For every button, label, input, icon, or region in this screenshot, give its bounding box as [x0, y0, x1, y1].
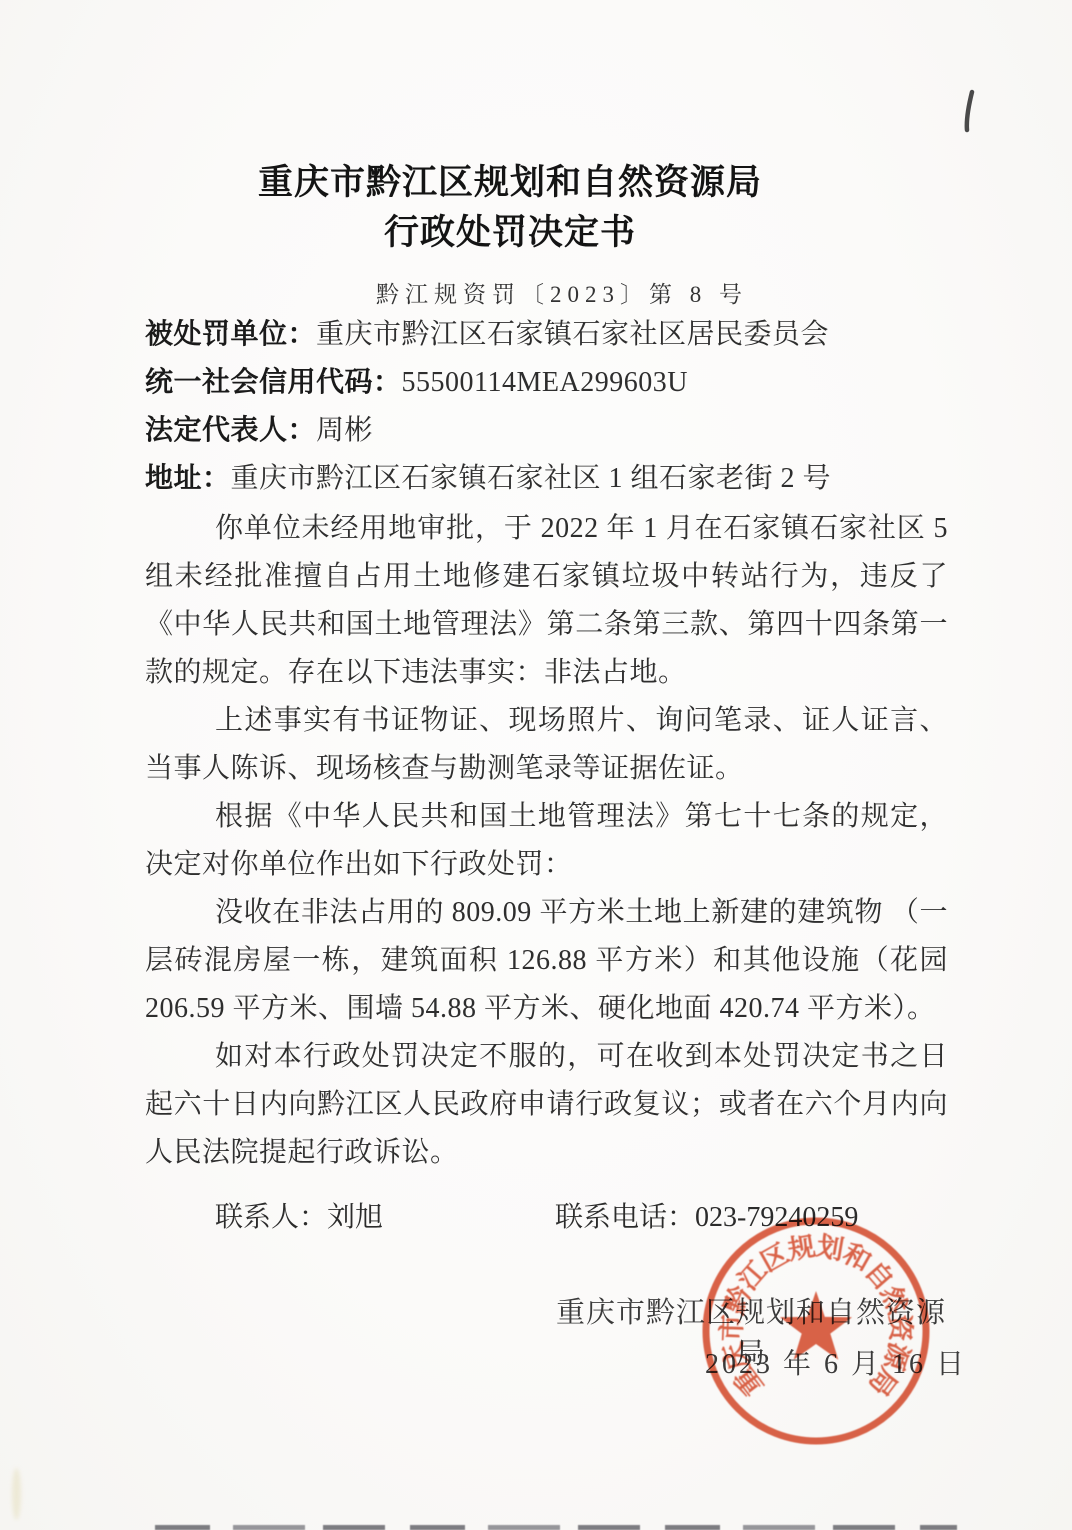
field-punished-unit: 被处罚单位：重庆市黔江区石家镇石家社区居民委员会: [145, 311, 951, 359]
field-value: 重庆市黔江区石家镇石家社区 1 组石家老街 2 号: [231, 463, 832, 494]
contact-person: 联系人：刘旭: [215, 1196, 383, 1240]
paragraph-penalty: 没收在非法占用的 809.09 平方米土地上新建的建筑物 （一层砖混房屋一栋，建…: [145, 889, 948, 1033]
field-list: 被处罚单位：重庆市黔江区石家镇石家社区居民委员会 统一社会信用代码：555001…: [145, 311, 951, 503]
field-label: 统一社会信用代码：: [145, 367, 402, 398]
handwritten-mark: [938, 78, 998, 148]
doc-number: 黔江规资罚〔2023〕第 8 号: [112, 276, 1012, 309]
field-address: 地址：重庆市黔江区石家镇石家社区 1 组石家老街 2 号: [145, 455, 951, 503]
svg-text:规: 规: [786, 1231, 818, 1265]
field-credit-code: 统一社会信用代码：55500114MEA299603U: [145, 359, 951, 407]
field-value: 周彬: [316, 415, 373, 446]
scan-smudge-artifact: [12, 1468, 21, 1520]
contact-phone-label: 联系电话：: [555, 1202, 695, 1233]
field-value: 重庆市黔江区石家镇石家社区居民委员会: [316, 319, 829, 350]
document-header: 重庆市黔江区规划和自然资源局 行政处罚决定书 黔江规资罚〔2023〕第 8 号: [60, 158, 960, 309]
scan-edge-artifact: [155, 1525, 957, 1530]
svg-text:资: 资: [884, 1314, 916, 1343]
paragraph-evidence: 上述事实有书证物证、现场照片、询问笔录、证人证言、当事人陈诉、现场核查与勘测笔录…: [145, 697, 948, 793]
contact-person-label: 联系人：: [215, 1202, 327, 1233]
paragraph-appeal-rights: 如对本行政处罚决定不服的，可在收到本处罚决定书之日起六十日内向黔江区人民政府申请…: [145, 1033, 948, 1177]
title-line-1: 重庆市黔江区规划和自然资源局: [60, 158, 960, 208]
paragraph-legal-basis: 根据《中华人民共和国土地管理法》第七十七条的规定，决定对你单位作出如下行政处罚：: [145, 793, 948, 889]
field-legal-representative: 法定代表人：周彬: [145, 407, 951, 455]
seal-star-icon: [780, 1291, 852, 1360]
document-page: 重庆市黔江区规划和自然资源局 行政处罚决定书 黔江规资罚〔2023〕第 8 号 …: [0, 0, 1072, 1530]
document-body: 你单位未经用地审批，于 2022 年 1 月在石家镇石家社区 5 组未经批准擅自…: [145, 505, 948, 1177]
field-label: 地址：: [145, 463, 231, 494]
field-value: 55500114MEA299603U: [402, 367, 688, 398]
field-label: 法定代表人：: [145, 415, 316, 446]
svg-text:市: 市: [717, 1314, 748, 1342]
field-label: 被处罚单位：: [145, 319, 316, 350]
contact-person-value: 刘旭: [327, 1202, 383, 1233]
title-line-2: 行政处罚决定书: [60, 208, 960, 258]
paragraph-facts: 你单位未经用地审批，于 2022 年 1 月在石家镇石家社区 5 组未经批准擅自…: [145, 505, 948, 697]
official-seal: 重庆市黔江区规划和自然资源局: [676, 1191, 956, 1471]
